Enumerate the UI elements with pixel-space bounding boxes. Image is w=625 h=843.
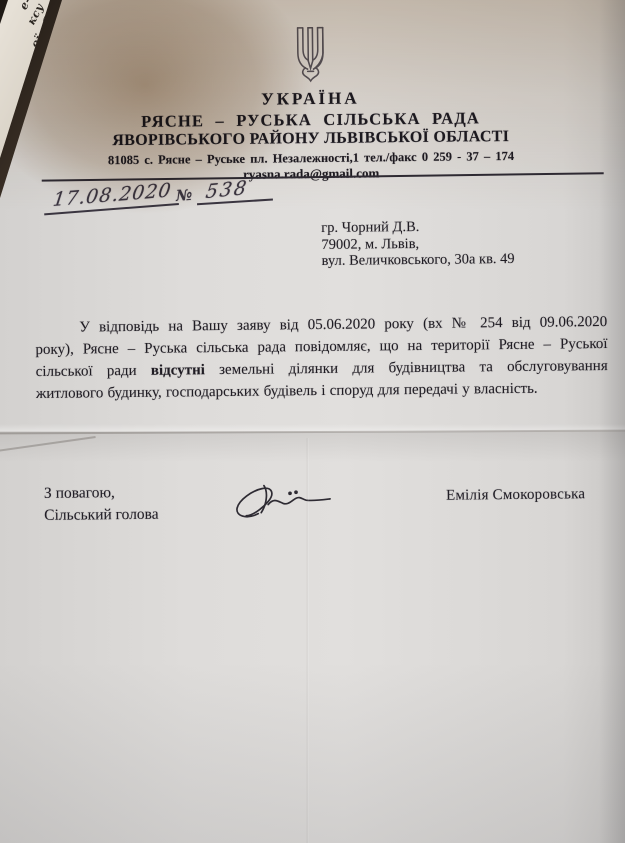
body-line-3-text: земельні ділянки для будівництва та обсл… — [205, 358, 608, 378]
signature-closing: З повагою, — [44, 484, 115, 503]
recipient-block: гр. Чорний Д.В. 79002, м. Львів, вул. Ве… — [321, 218, 515, 270]
document-photo: е- ксу ої або УКРАЇНА РЯСНЕ – РУСЬКА СІЛ… — [0, 0, 625, 843]
letter-page: УКРАЇНА РЯСНЕ – РУСЬКА СІЛЬСЬКА РАДА ЯВО… — [0, 0, 625, 843]
handwritten-number: 538 — [204, 177, 249, 204]
recipient-street: вул. Величковського, 30а кв. 49 — [322, 251, 515, 270]
signature-scribble — [228, 477, 343, 526]
body-paragraph: У відповідь на Вашу заяву від 05.06.2020… — [35, 311, 608, 405]
signatory-title: Сільський голова — [44, 506, 159, 525]
letterhead: УКРАЇНА РЯСНЕ – РУСЬКА СІЛЬСЬКА РАДА ЯВО… — [37, 21, 584, 184]
trident-emblem-icon — [287, 24, 334, 86]
signatory-name: Емілія Смокоровська — [446, 486, 585, 504]
body-line-3-text: сільської ради — [36, 363, 151, 380]
recipient-postal: 79002, м. Львів, — [321, 234, 514, 253]
body-line-4: житлового будинку, господарських будівел… — [36, 377, 608, 405]
recipient-name: гр. Чорний Д.В. — [321, 218, 514, 237]
body-bold-word: відсутні — [151, 362, 205, 379]
